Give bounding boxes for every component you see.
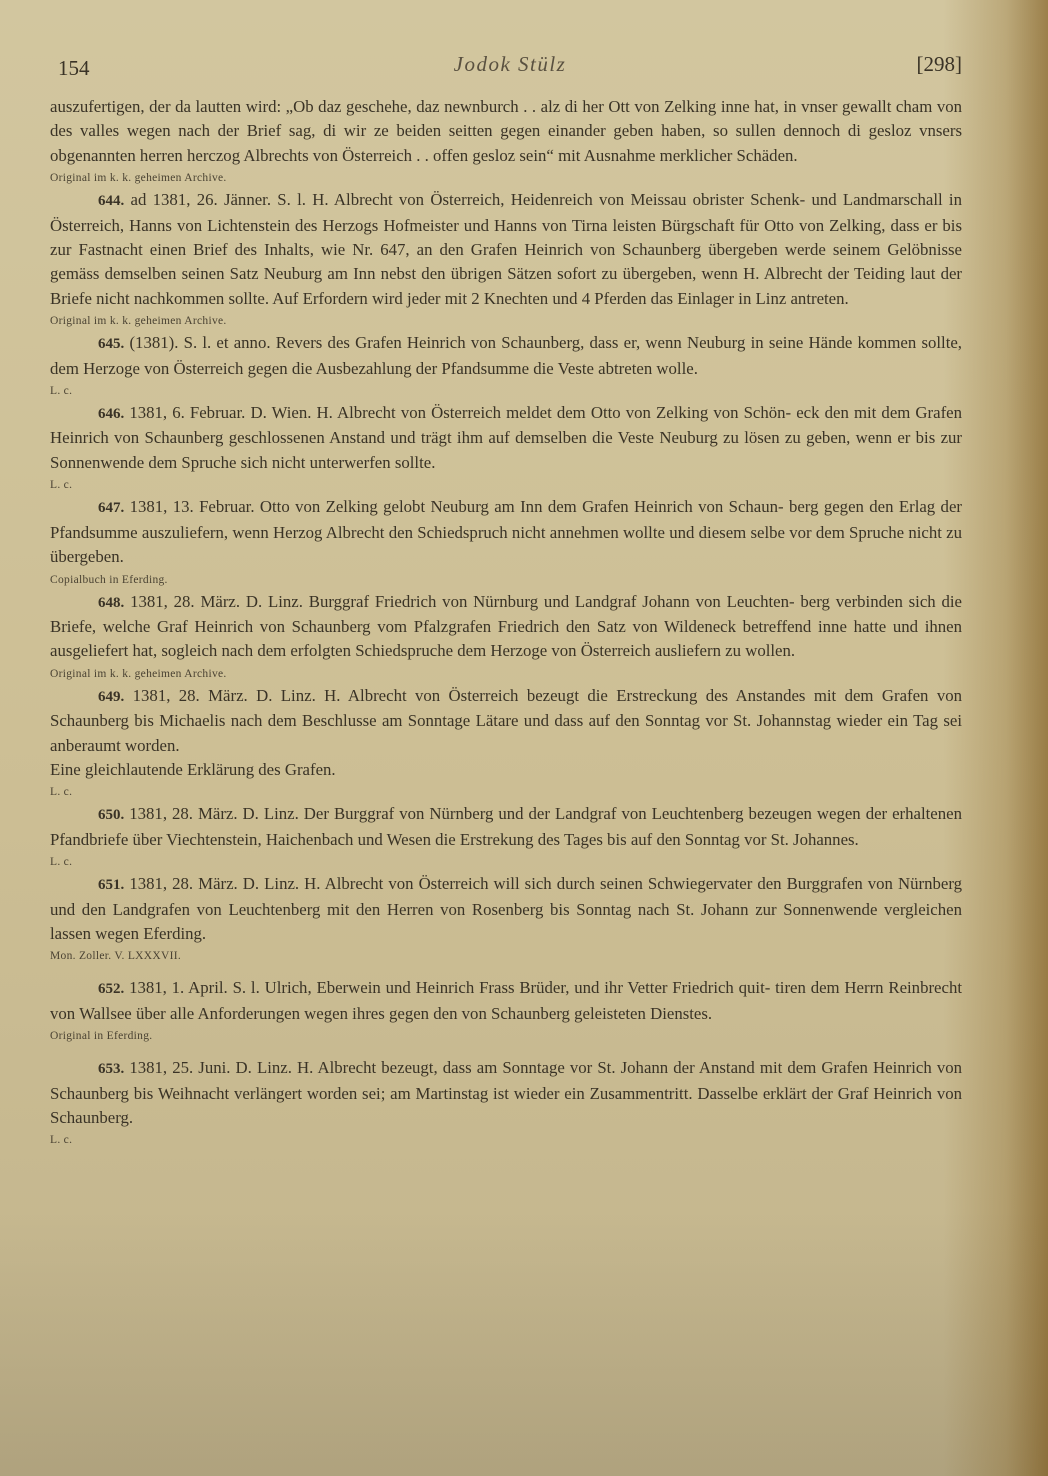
entry-649: 649. 1381, 28. März. D. Linz. H. Albrech… [50, 684, 962, 758]
entry-653: 653. 1381, 25. Juni. D. Linz. H. Albrech… [50, 1056, 962, 1130]
running-title: Jodok Stülz [58, 52, 962, 77]
source-note: L. c. [50, 852, 962, 872]
entry-number: 648. [98, 595, 124, 611]
page-body: auszufertigen, der da lautten wird: „Ob … [50, 95, 962, 1150]
entry-number: 652. [98, 981, 124, 997]
entry-text: 1381, 1. April. S. l. Ulrich, Eberwein u… [50, 978, 962, 1022]
source-note: Original im k. k. geheimen Archive. [50, 311, 962, 331]
entry-text: 1381, 13. Februar. Otto von Zelking gelo… [50, 497, 962, 566]
entry-number: 653. [98, 1061, 124, 1077]
source-note: Copialbuch in Eferding. [50, 570, 962, 590]
entry-644: 644. ad 1381, 26. Jänner. S. l. H. Albre… [50, 188, 962, 311]
entry-645: 645. (1381). S. l. et anno. Revers des G… [50, 331, 962, 381]
entry-651: 651. 1381, 28. März. D. Linz. H. Albrech… [50, 872, 962, 946]
page-header: 154 Jodok Stülz [298] [58, 52, 962, 82]
entry-additional-note: Eine gleichlautende Erklärung des Grafen… [50, 758, 962, 782]
entry-text: 1381, 28. März. D. Linz. H. Albrecht von… [50, 874, 962, 943]
entry-number: 651. [98, 877, 124, 893]
source-note: Mon. Zoller. V. LXXXVII. [50, 946, 962, 966]
entry-text: 1381, 28. März. D. Linz. H. Albrecht von… [50, 686, 962, 755]
book-page: 154 Jodok Stülz [298] auszufertigen, der… [0, 0, 1048, 1476]
source-note: L. c. [50, 1130, 962, 1150]
source-note: L. c. [50, 782, 962, 802]
source-note: L. c. [50, 475, 962, 495]
entry-text: (1381). S. l. et anno. Revers des Grafen… [50, 333, 962, 377]
entry-number: 646. [98, 406, 124, 422]
source-note: Original in Eferding. [50, 1026, 962, 1046]
entry-text: ad 1381, 26. Jänner. S. l. H. Albrecht v… [50, 190, 962, 308]
source-note: L. c. [50, 381, 962, 401]
entry-text: 1381, 28. März. D. Linz. Der Burggraf vo… [50, 804, 962, 848]
entry-652: 652. 1381, 1. April. S. l. Ulrich, Eberw… [50, 976, 962, 1026]
entry-number: 650. [98, 807, 124, 823]
entry-text: 1381, 28. März. D. Linz. Burggraf Friedr… [50, 592, 962, 661]
continuation-paragraph: auszufertigen, der da lautten wird: „Ob … [50, 95, 962, 168]
entry-text: 1381, 6. Februar. D. Wien. H. Albrecht v… [50, 403, 962, 472]
entry-650: 650. 1381, 28. März. D. Linz. Der Burggr… [50, 802, 962, 852]
bracket-page-number: [298] [917, 52, 963, 77]
entry-number: 644. [98, 193, 124, 209]
entry-647: 647. 1381, 13. Februar. Otto von Zelking… [50, 495, 962, 569]
entry-number: 649. [98, 689, 124, 705]
source-note: Original im k. k. geheimen Archive. [50, 168, 962, 188]
entry-646: 646. 1381, 6. Februar. D. Wien. H. Albre… [50, 401, 962, 475]
entry-648: 648. 1381, 28. März. D. Linz. Burggraf F… [50, 590, 962, 664]
entry-number: 645. [98, 336, 124, 352]
entry-text: 1381, 25. Juni. D. Linz. H. Albrecht bez… [50, 1058, 962, 1127]
source-note: Original im k. k. geheimen Archive. [50, 664, 962, 684]
entry-number: 647. [98, 500, 124, 516]
